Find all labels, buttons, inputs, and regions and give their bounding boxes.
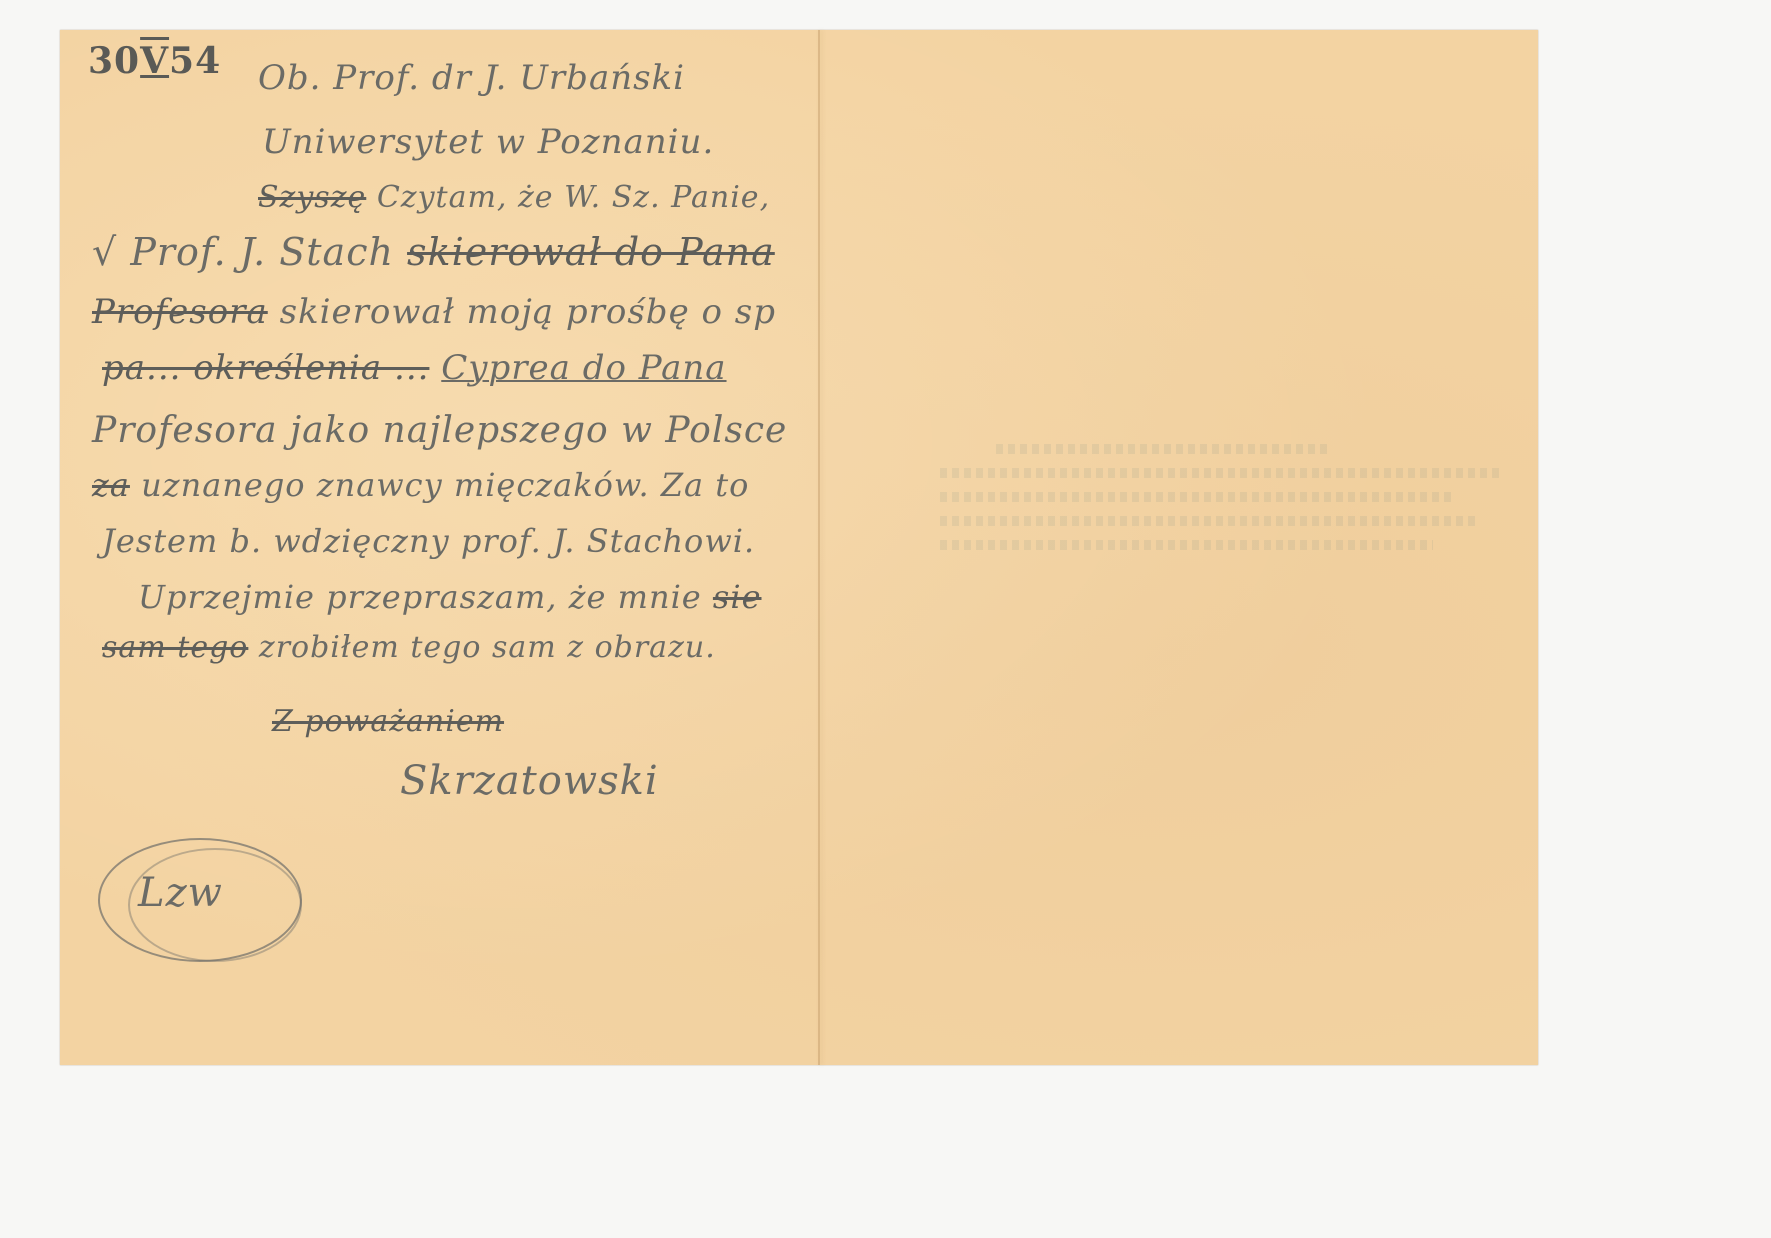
line-text: uznanego znawcy mięczaków. Za to <box>141 466 749 504</box>
line-text: Uniwersytet w Poznaniu. <box>262 122 714 162</box>
struck-word: za <box>92 466 130 504</box>
struck-word: skierował do Pana <box>407 230 775 274</box>
signature: Skrzatowski <box>400 758 659 804</box>
struck-word: Profesora <box>92 292 268 332</box>
struck-word: sam tego <box>102 630 248 665</box>
line-text: Prof. J. Stach <box>130 230 394 274</box>
struck-word: Szyszę <box>258 180 366 215</box>
line-text: Ob. Prof. dr J. Urbański <box>258 58 685 98</box>
circled-note: Lzw <box>138 870 223 916</box>
letter-date: 30V54 <box>88 40 221 82</box>
body-line-2: √ Prof. J. Stach skierował do Pana <box>92 230 775 274</box>
body-line-3: Profesora skierował moją prośbę o sp <box>92 292 776 332</box>
line-text: Cyprea do Pana <box>441 348 726 388</box>
body-line-9: sam tego zrobiłem tego sam z obrazu. <box>102 630 716 665</box>
date-year: 54 <box>169 40 221 82</box>
margin-check-icon: √ <box>92 230 117 274</box>
date-month: V <box>140 40 169 82</box>
page-fold <box>818 30 820 1065</box>
body-line-5: Profesora jako najlepszego w Polsce <box>92 410 787 451</box>
line-text: zrobiłem tego sam z obrazu. <box>259 630 716 665</box>
struck-word: sie <box>713 578 762 616</box>
line-text: Uprzejmie przepraszam, że mnie <box>138 578 702 616</box>
date-day: 30 <box>88 40 140 82</box>
paper-sheet: 30V54 Ob. Prof. dr J. Urbański Uniwersyt… <box>60 30 1538 1065</box>
body-line-6: za uznanego znawcy mięczaków. Za to <box>92 466 749 504</box>
bleed-through-text <box>940 430 1500 590</box>
body-line-7: Jestem b. wdzięczny prof. J. Stachowi. <box>102 522 755 560</box>
body-line-8: Uprzejmie przepraszam, że mnie sie <box>138 578 762 616</box>
line-text: Profesora jako najlepszego w Polsce <box>92 410 787 451</box>
line-text: Czytam, że W. Sz. Panie, <box>377 180 770 215</box>
closing-struck: Z poważaniem <box>272 704 504 739</box>
struck-word: pa... określenia ... <box>102 348 429 388</box>
addressee-line: Ob. Prof. dr J. Urbański <box>258 58 685 98</box>
address-line: Uniwersytet w Poznaniu. <box>262 122 714 162</box>
line-text: Jestem b. wdzięczny prof. J. Stachowi. <box>102 522 755 560</box>
body-line-4: pa... określenia ... Cyprea do Pana <box>102 348 727 388</box>
body-line-1: Szyszę Czytam, że W. Sz. Panie, <box>258 180 770 215</box>
line-text: skierował moją prośbę o sp <box>280 292 776 332</box>
